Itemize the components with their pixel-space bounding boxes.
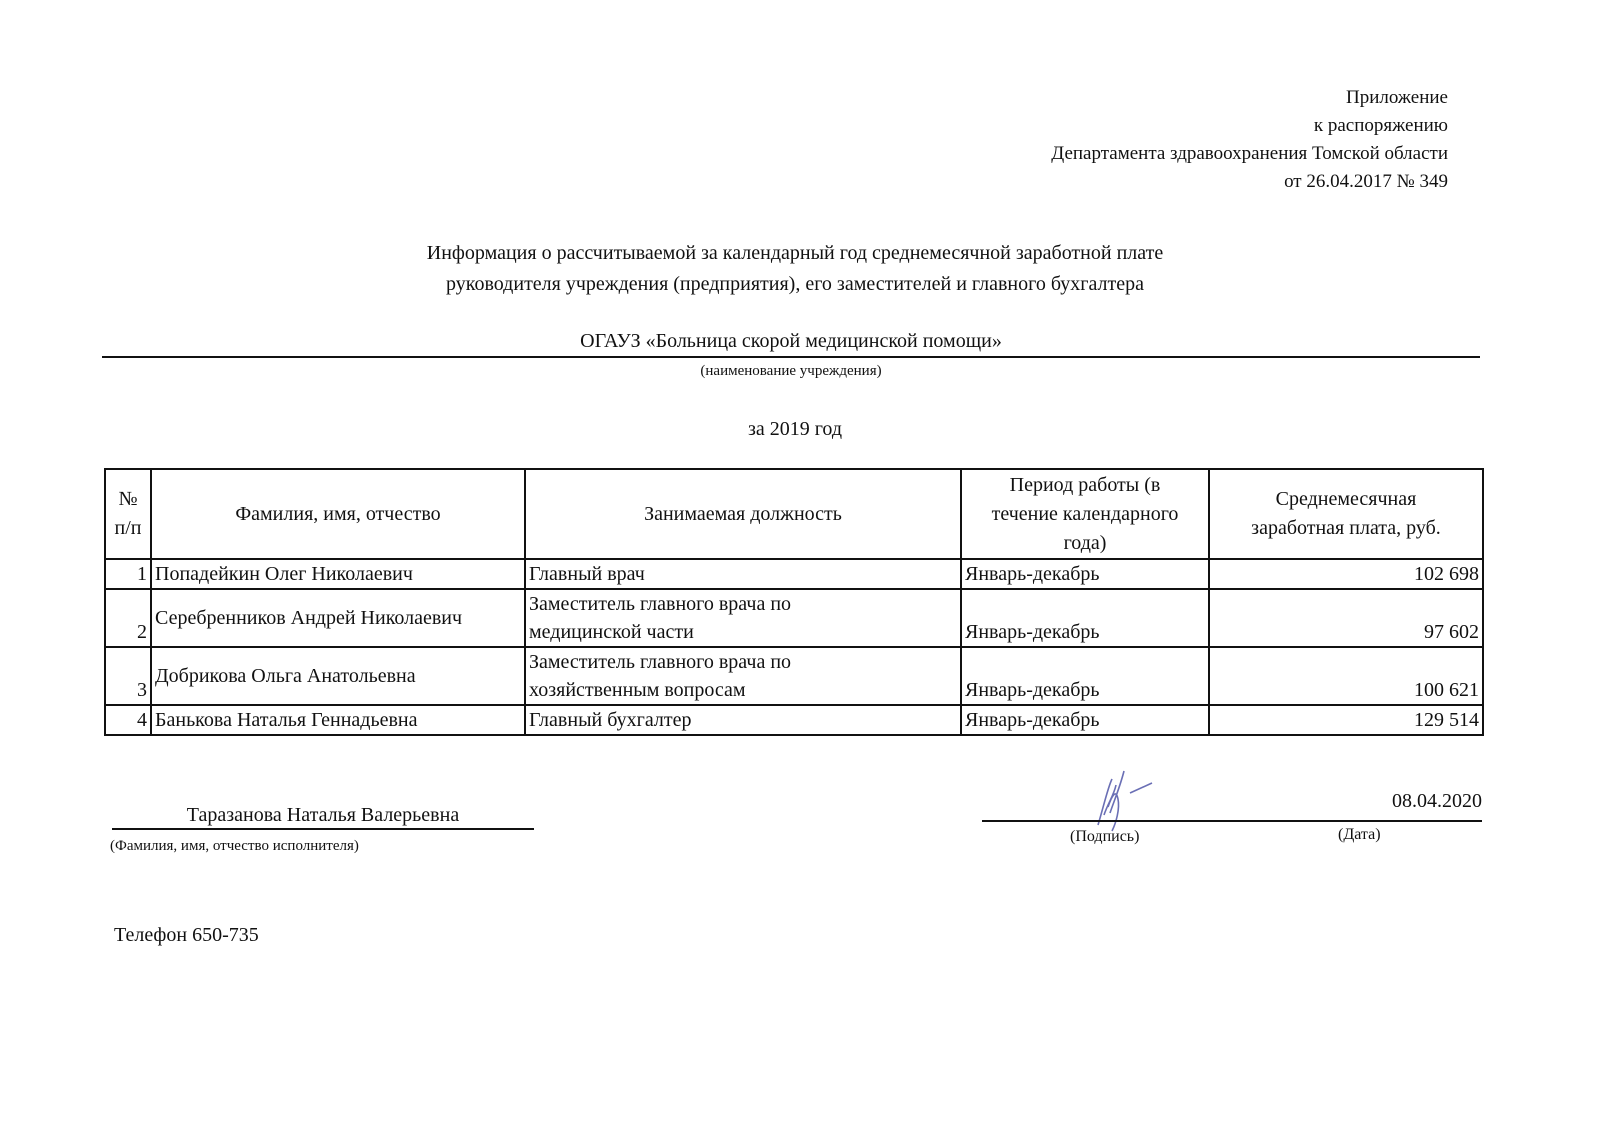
row-position: Заместитель главного врача по хозяйствен…: [525, 647, 961, 705]
document-title: Информация о рассчитываемой за календарн…: [0, 238, 1590, 300]
table-row: 3 Добрикова Ольга Анатольевна Заместител…: [105, 647, 1483, 705]
table-row: 1 Попадейкин Олег Николаевич Главный вра…: [105, 559, 1483, 589]
header-salary: Среднемесячная заработная плата, руб.: [1209, 469, 1483, 559]
header-num: № п/п: [105, 469, 151, 559]
row-num: 4: [105, 705, 151, 735]
row-position: Заместитель главного врача по медицинско…: [525, 589, 961, 647]
row-num: 2: [105, 589, 151, 647]
row-name: Серебренников Андрей Николаевич: [151, 589, 525, 647]
row-salary: 100 621: [1209, 647, 1483, 705]
organization-name: ОГАУЗ «Больница скорой медицинской помощ…: [102, 328, 1480, 358]
appendix-line-4: от 26.04.2017 № 349: [1051, 168, 1448, 196]
table-header-row: № п/п Фамилия, имя, отчество Занимаемая …: [105, 469, 1483, 559]
table-row: 2 Серебренников Андрей Николаевич Замест…: [105, 589, 1483, 647]
executor-caption: (Фамилия, имя, отчество исполнителя): [110, 838, 359, 855]
phone-number: Телефон 650-735: [114, 924, 259, 947]
executor-name: Таразанова Наталья Валерьевна: [112, 804, 534, 830]
appendix-line-1: Приложение: [1051, 84, 1448, 112]
row-period: Январь-декабрь: [961, 705, 1209, 735]
title-line-1: Информация о рассчитываемой за календарн…: [0, 238, 1590, 269]
appendix-block: Приложение к распоряжению Департамента з…: [1051, 84, 1448, 196]
row-num: 3: [105, 647, 151, 705]
appendix-line-3: Департамента здравоохранения Томской обл…: [1051, 140, 1448, 168]
row-salary: 129 514: [1209, 705, 1483, 735]
table-row: 4 Банькова Наталья Геннадьевна Главный б…: [105, 705, 1483, 735]
row-name: Банькова Наталья Геннадьевна: [151, 705, 525, 735]
row-period: Январь-декабрь: [961, 559, 1209, 589]
row-name: Добрикова Ольга Анатольевна: [151, 647, 525, 705]
report-period: за 2019 год: [0, 418, 1590, 441]
header-period: Период работы (в течение календарного го…: [961, 469, 1209, 559]
row-salary: 102 698: [1209, 559, 1483, 589]
row-period: Январь-декабрь: [961, 589, 1209, 647]
signing-date: 08.04.2020: [1392, 790, 1482, 813]
row-period: Январь-декабрь: [961, 647, 1209, 705]
signature-date-line: [982, 820, 1482, 822]
header-name: Фамилия, имя, отчество: [151, 469, 525, 559]
row-name: Попадейкин Олег Николаевич: [151, 559, 525, 589]
title-line-2: руководителя учреждения (предприятия), е…: [0, 269, 1590, 300]
salary-table: № п/п Фамилия, имя, отчество Занимаемая …: [104, 468, 1484, 736]
appendix-line-2: к распоряжению: [1051, 112, 1448, 140]
organization-caption: (наименование учреждения): [102, 363, 1480, 380]
row-num: 1: [105, 559, 151, 589]
row-position: Главный бухгалтер: [525, 705, 961, 735]
signature-caption: (Подпись): [1070, 828, 1139, 846]
header-position: Занимаемая должность: [525, 469, 961, 559]
row-position: Главный врач: [525, 559, 961, 589]
row-salary: 97 602: [1209, 589, 1483, 647]
date-caption: (Дата): [1338, 826, 1381, 844]
